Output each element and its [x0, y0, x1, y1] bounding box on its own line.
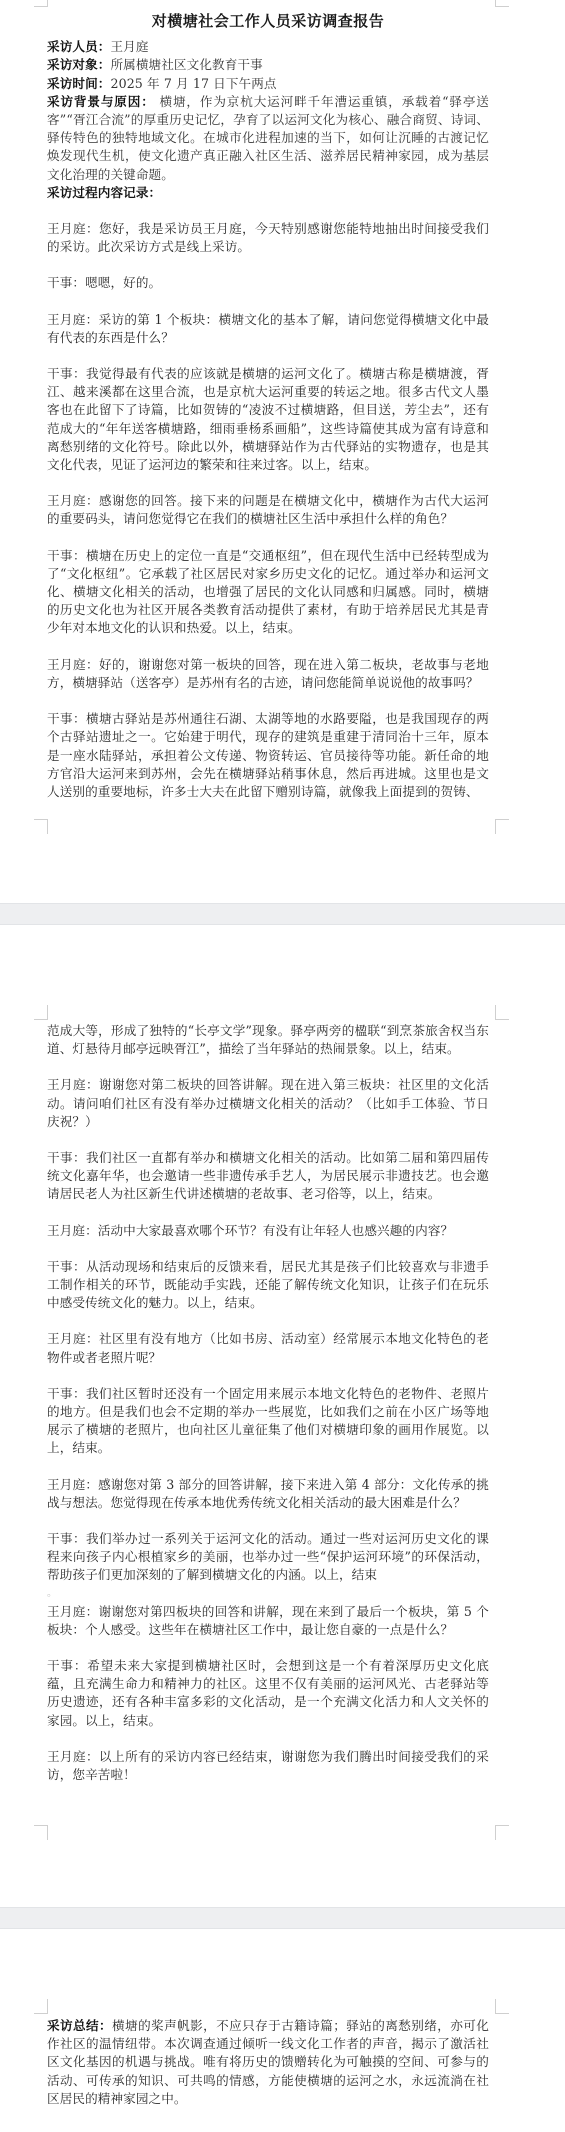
interviewer-label: 采访人员： [47, 39, 110, 54]
speaker-label: 王月庭： [47, 1223, 98, 1238]
speaker-label: 王月庭： [47, 1749, 99, 1764]
speaker-label: 干事： [47, 711, 86, 726]
interviewee-value: 所属横塘社区文化教育干事 [110, 57, 262, 72]
speaker-label: 王月庭： [47, 493, 99, 508]
summary-paragraph: 采访总结：横塘的桨声帆影，不应只存于古籍诗篇；驿站的离愁别绪，亦可化作社区的温情… [47, 2017, 489, 2108]
interviewer-value: 王月庭 [110, 39, 148, 54]
continuation-paragraph: 范成大等，形成了独特的“长亭文学”现象。驿亭两旁的楹联“到烹茶旅舍权当东道、灯悬… [47, 1022, 489, 1058]
document-page-2: 范成大等，形成了独特的“长亭文学”现象。驿亭两旁的楹联“到烹茶旅舍权当东道、灯悬… [0, 925, 565, 1907]
dialogue-paragraph: 王月庭：谢谢您对第二板块的回答讲解。现在进入第三板块：社区里的文化活动。请问咱们… [47, 1076, 489, 1131]
dialogue-text: 从活动现场和结束后的反馈来看，居民尤其是孩子们比较喜欢与非遗手工制作相关的环节，… [47, 1259, 489, 1310]
margin-corner-mark [34, 0, 48, 7]
margin-corner-mark [34, 1005, 48, 1020]
dialogue-paragraph: 王月庭：以上所有的采访内容已经结束，谢谢您为我们腾出时间接受我们的采访，您辛苦啦… [47, 1748, 489, 1784]
process-record-line: 采访过程内容记录： [47, 184, 489, 202]
interview-time-label: 采访时间： [47, 76, 110, 91]
dialogue-paragraph: 干事：嗯嗯，好的。 [47, 274, 489, 292]
dialogue-paragraph: 王月庭：好的，谢谢您对第一板块的回答，现在进入第二板块，老故事与老地方，横塘驿站… [47, 656, 489, 692]
document-title: 对横塘社会工作人员采访调查报告 [47, 12, 489, 30]
page-separator [0, 903, 565, 925]
page-separator [0, 1907, 565, 1929]
speaker-label: 干事： [47, 1386, 86, 1401]
document-page-1: 对横塘社会工作人员采访调查报告 采访人员：王月庭 采访对象：所属横塘社区文化教育… [0, 0, 565, 903]
dialogue-text: 我们社区暂时还没有一个固定用来展示本地文化特色的老物件、老照片的地方。但是我们也… [47, 1386, 489, 1456]
interview-time-line: 采访时间：2025 年 7 月 17 日下午两点 [47, 75, 489, 93]
speaker-label: 王月庭： [47, 1477, 98, 1492]
dialogue-paragraph: 王月庭：活动中大家最喜欢哪个环节？有没有让年轻人也感兴趣的内容？ [47, 1222, 489, 1240]
interviewer-line: 采访人员：王月庭 [47, 38, 489, 56]
dialogue-text: 采访的第 1 个板块：横塘文化的基本了解，请问您觉得横塘文化中最有代表的东西是什… [47, 312, 489, 345]
speaker-label: 干事： [47, 275, 85, 290]
background-label: 采访背景与原因： [47, 94, 155, 109]
speaker-label: 王月庭： [47, 1604, 99, 1619]
dialogue-text: 横塘古驿站是苏州通往石湖、太湖等地的水路要隘，也是我国现存的两个古驿站遗址之一。… [47, 711, 489, 799]
page-1-body: 对横塘社会工作人员采访调查报告 采访人员：王月庭 采访对象：所属横塘社区文化教育… [47, 12, 489, 801]
speaker-label: 干事： [47, 366, 86, 381]
dialogue-paragraph: 王月庭：谢谢您对第四板块的回答和讲解，现在来到了最后一个板块，第 5 个板块：个… [47, 1603, 489, 1639]
page-2-body: 范成大等，形成了独特的“长亭文学”现象。驿亭两旁的楹联“到烹茶旅舍权当东道、灯悬… [47, 1022, 489, 1802]
summary-label: 采访总结： [47, 2018, 112, 2033]
dialogue-paragraph: 干事：从活动现场和结束后的反馈来看，居民尤其是孩子们比较喜欢与非遗手工制作相关的… [47, 1258, 489, 1313]
dialogue-text: 我觉得最有代表的应该就是横塘的运河文化了。横塘古称是横塘渡，胥江、越来溪都在这里… [47, 366, 489, 472]
dialogue-paragraph: 王月庭：采访的第 1 个板块：横塘文化的基本了解，请问您觉得横塘文化中最有代表的… [47, 311, 489, 347]
speaker-label: 王月庭： [47, 312, 99, 327]
dialogue-paragraph: 王月庭：您好，我是采访员王月庭，今天特别感谢您能特地抽出时间接受我们的采访。此次… [47, 220, 489, 256]
dialogue-paragraph: 王月庭：社区里有没有地方（比如书房、活动室）经常展示本地文化特色的老物件或者老照… [47, 1330, 489, 1366]
dialogue-paragraph: 王月庭：感谢您对第 3 部分的回答讲解，接下来进入第 4 部分：文化传承的挑战与… [47, 1476, 489, 1512]
margin-corner-mark [34, 1999, 48, 2014]
dialogue-text: 我们举办过一系列关于运河文化的活动。通过一些对运河历史文化的课程来向孩子内心根植… [47, 1531, 489, 1582]
dialogue-text: 谢谢您对第四板块的回答和讲解，现在来到了最后一个板块，第 5 个板块：个人感受。… [47, 1604, 489, 1637]
background-line: 采访背景与原因： 横塘，作为京杭大运河畔千年漕运重镇，承载着“驿亭送客”“胥江合… [47, 93, 489, 184]
dialogue-text: 感谢您对第 3 部分的回答讲解，接下来进入第 4 部分：文化传承的挑战与想法。您… [47, 1477, 489, 1510]
process-record-label: 采访过程内容记录： [47, 185, 161, 200]
dialogue-text: 横塘在历史上的定位一直是“交通枢纽”，但在现代生活中已经转型成为了“文化枢纽”。… [47, 548, 489, 636]
dialogue-text: 好的，谢谢您对第一板块的回答，现在进入第二板块，老故事与老地方，横塘驿站（送客亭… [47, 657, 489, 690]
dialogue-paragraph: 干事：横塘古驿站是苏州通往石湖、太湖等地的水路要隘，也是我国现存的两个古驿站遗址… [47, 710, 489, 801]
page-3-body: 采访总结：横塘的桨声帆影，不应只存于古籍诗篇；驿站的离愁别绪，亦可化作社区的温情… [47, 2017, 489, 2126]
margin-corner-mark [495, 819, 509, 834]
speaker-label: 干事： [47, 1259, 86, 1274]
dialogue-text: 活动中大家最喜欢哪个环节？有没有让年轻人也感兴趣的内容？ [98, 1223, 453, 1238]
dialogue-paragraph: 干事：横塘在历史上的定位一直是“交通枢纽”，但在现代生活中已经转型成为了“文化枢… [47, 547, 489, 638]
dialogue-text: 感谢您的回答。接下来的问题是在横塘文化中，横塘作为古代大运河的重要码头，请问您觉… [47, 493, 489, 526]
summary-text: 横塘的桨声帆影，不应只存于古籍诗篇；驿站的离愁别绪，亦可化作社区的温情纽带。本次… [47, 2018, 489, 2106]
margin-corner-mark [34, 1825, 48, 1840]
margin-corner-mark [34, 819, 48, 834]
document-page-3: 采访总结：横塘的桨声帆影，不应只存于古籍诗篇；驿站的离愁别绪，亦可化作社区的温情… [0, 1929, 565, 2132]
dialogue-text: 社区里有没有地方（比如书房、活动室）经常展示本地文化特色的老物件或者老照片呢？ [47, 1331, 489, 1364]
dialogue-paragraph: 王月庭：感谢您的回答。接下来的问题是在横塘文化中，横塘作为古代大运河的重要码头，… [47, 492, 489, 528]
dialogue-text: 以上所有的采访内容已经结束，谢谢您为我们腾出时间接受我们的采访，您辛苦啦！ [47, 1749, 489, 1782]
dialogue-text: 希望未来大家提到横塘社区时，会想到这是一个有着深厚历史文化底蕴，且充满生命力和精… [47, 1658, 489, 1728]
speaker-label: 干事： [47, 1658, 87, 1673]
dialogue-paragraph: 干事：我们举办过一系列关于运河文化的活动。通过一些对运河历史文化的课程来向孩子内… [47, 1530, 489, 1585]
speaker-label: 干事： [47, 1150, 86, 1165]
dialogue-paragraph: 干事：希望未来大家提到横塘社区时，会想到这是一个有着深厚历史文化底蕴，且充满生命… [47, 1657, 489, 1730]
margin-corner-mark [495, 0, 509, 7]
speaker-label: 干事： [47, 548, 86, 563]
dialogue-paragraph: 干事：我们社区一直都有举办和横塘文化相关的活动。比如第二届和第四届传统文化嘉年华… [47, 1149, 489, 1204]
interview-time-value: 2025 年 7 月 17 日下午两点 [110, 76, 276, 91]
speaker-label: 王月庭： [47, 1331, 99, 1346]
dialogue-paragraph: 干事：我们社区暂时还没有一个固定用来展示本地文化特色的老物件、老照片的地方。但是… [47, 1385, 489, 1458]
margin-corner-mark [495, 1005, 509, 1020]
margin-corner-mark [495, 1999, 509, 2014]
speaker-label: 王月庭： [47, 221, 99, 236]
blank-line [47, 202, 489, 220]
dialogue-text: 您好，我是采访员王月庭，今天特别感谢您能特地抽出时间接受我们的采访。此次采访方式… [47, 221, 489, 254]
dialogue-text: 我们社区一直都有举办和横塘文化相关的活动。比如第二届和第四届传统文化嘉年华，也会… [47, 1150, 489, 1201]
interviewee-line: 采访对象：所属横塘社区文化教育干事 [47, 56, 489, 74]
dialogue-text: 谢谢您对第二板块的回答讲解。现在进入第三板块：社区里的文化活动。请问咱们社区有没… [47, 1077, 489, 1128]
dialogue-text: 嗯嗯，好的。 [85, 275, 161, 290]
dialogue-paragraph: 干事：我觉得最有代表的应该就是横塘的运河文化了。横塘古称是横塘渡，胥江、越来溪都… [47, 365, 489, 474]
interviewee-label: 采访对象： [47, 57, 110, 72]
margin-corner-mark [495, 1825, 509, 1840]
stray-punctuation: 。 [47, 1585, 489, 1603]
speaker-label: 王月庭： [47, 1077, 99, 1092]
speaker-label: 干事： [47, 1531, 86, 1546]
speaker-label: 王月庭： [47, 657, 99, 672]
